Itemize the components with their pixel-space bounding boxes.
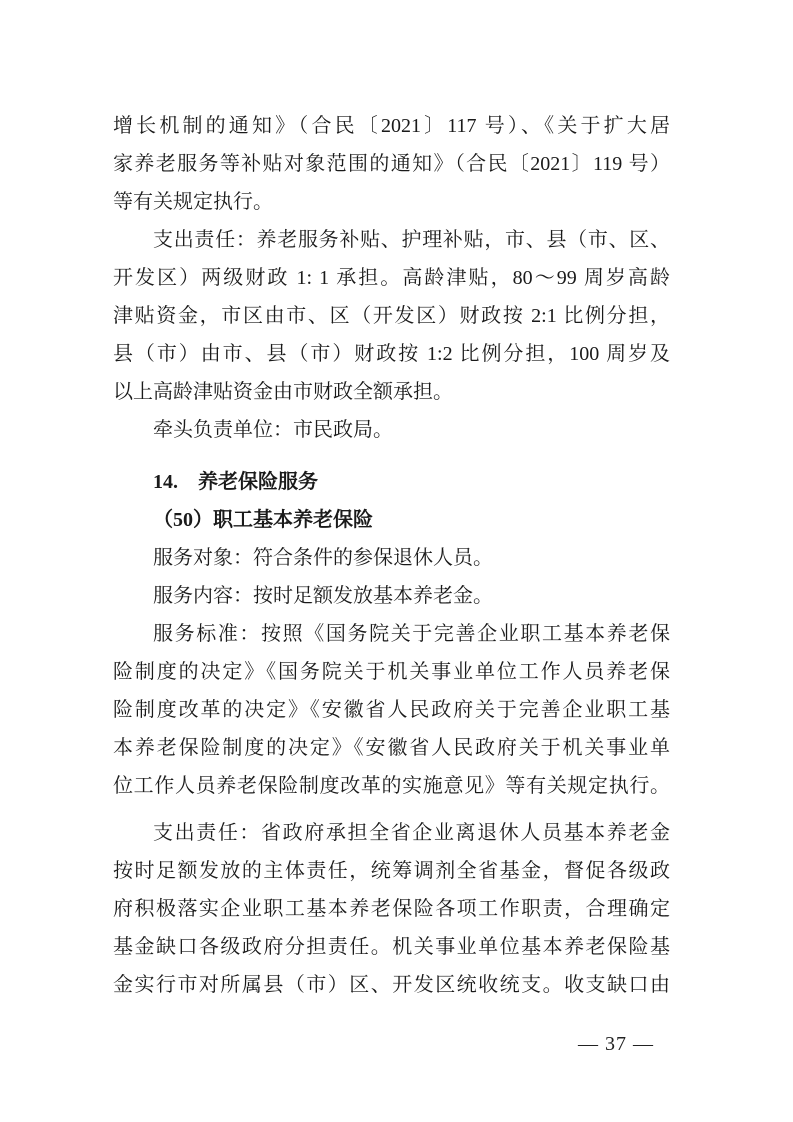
text-line: 位工作人员养老保险制度改革的实施意见》等有关规定执行。 xyxy=(113,767,670,805)
text-line: 支出责任：省政府承担全省企业离退休人员基本养老金 xyxy=(113,814,670,852)
text-line: 牵头负责单位：市民政局。 xyxy=(113,411,670,449)
text-line: 险制度的决定》《国务院关于机关事业单位工作人员养老保 xyxy=(113,653,670,691)
text-line: 支出责任：养老服务补贴、护理补贴，市、县（市、区、 xyxy=(113,221,670,259)
document-body: 增长机制的通知》（合民〔2021〕117 号）、《关于扩大居家养老服务等补贴对象… xyxy=(113,107,670,1004)
text-line: 按时足额发放的主体责任，统筹调剂全省基金，督促各级政 xyxy=(113,852,670,890)
text-line: 服务内容：按时足额发放基本养老金。 xyxy=(113,577,670,615)
text-line: 增长机制的通知》（合民〔2021〕117 号）、《关于扩大居 xyxy=(113,107,670,145)
text-line: 金实行市对所属县（市）区、开发区统收统支。收支缺口由 xyxy=(113,966,670,1004)
text-line: 基金缺口各级政府分担责任。机关事业单位基本养老保险基 xyxy=(113,928,670,966)
subsection-heading: （50）职工基本养老保险 xyxy=(113,501,670,539)
text-line: 服务对象：符合条件的参保退休人员。 xyxy=(113,539,670,577)
text-line: 津贴资金，市区由市、区（开发区）财政按 2:1 比例分担， xyxy=(113,297,670,335)
page-number: — 37 — xyxy=(578,1032,654,1056)
text-line: 等有关规定执行。 xyxy=(113,183,670,221)
text-line: 府积极落实企业职工基本养老保险各项工作职责，合理确定 xyxy=(113,890,670,928)
document-page: 增长机制的通知》（合民〔2021〕117 号）、《关于扩大居家养老服务等补贴对象… xyxy=(0,0,793,1122)
text-line: 县（市）由市、县（市）财政按 1:2 比例分担，100 周岁及 xyxy=(113,335,670,373)
text-line: 开发区）两级财政 1: 1 承担。高龄津贴，80～99 周岁高龄 xyxy=(113,259,670,297)
text-line: 以上高龄津贴资金由市财政全额承担。 xyxy=(113,373,670,411)
text-line: 服务标准：按照《国务院关于完善企业职工基本养老保 xyxy=(113,615,670,653)
text-line: 险制度改革的决定》《安徽省人民政府关于完善企业职工基 xyxy=(113,691,670,729)
text-line: 本养老保险制度的决定》《安徽省人民政府关于机关事业单 xyxy=(113,729,670,767)
section-heading: 14. 养老保险服务 xyxy=(113,463,670,501)
text-line: 家养老服务等补贴对象范围的通知》（合民〔2021〕119 号） xyxy=(113,145,670,183)
